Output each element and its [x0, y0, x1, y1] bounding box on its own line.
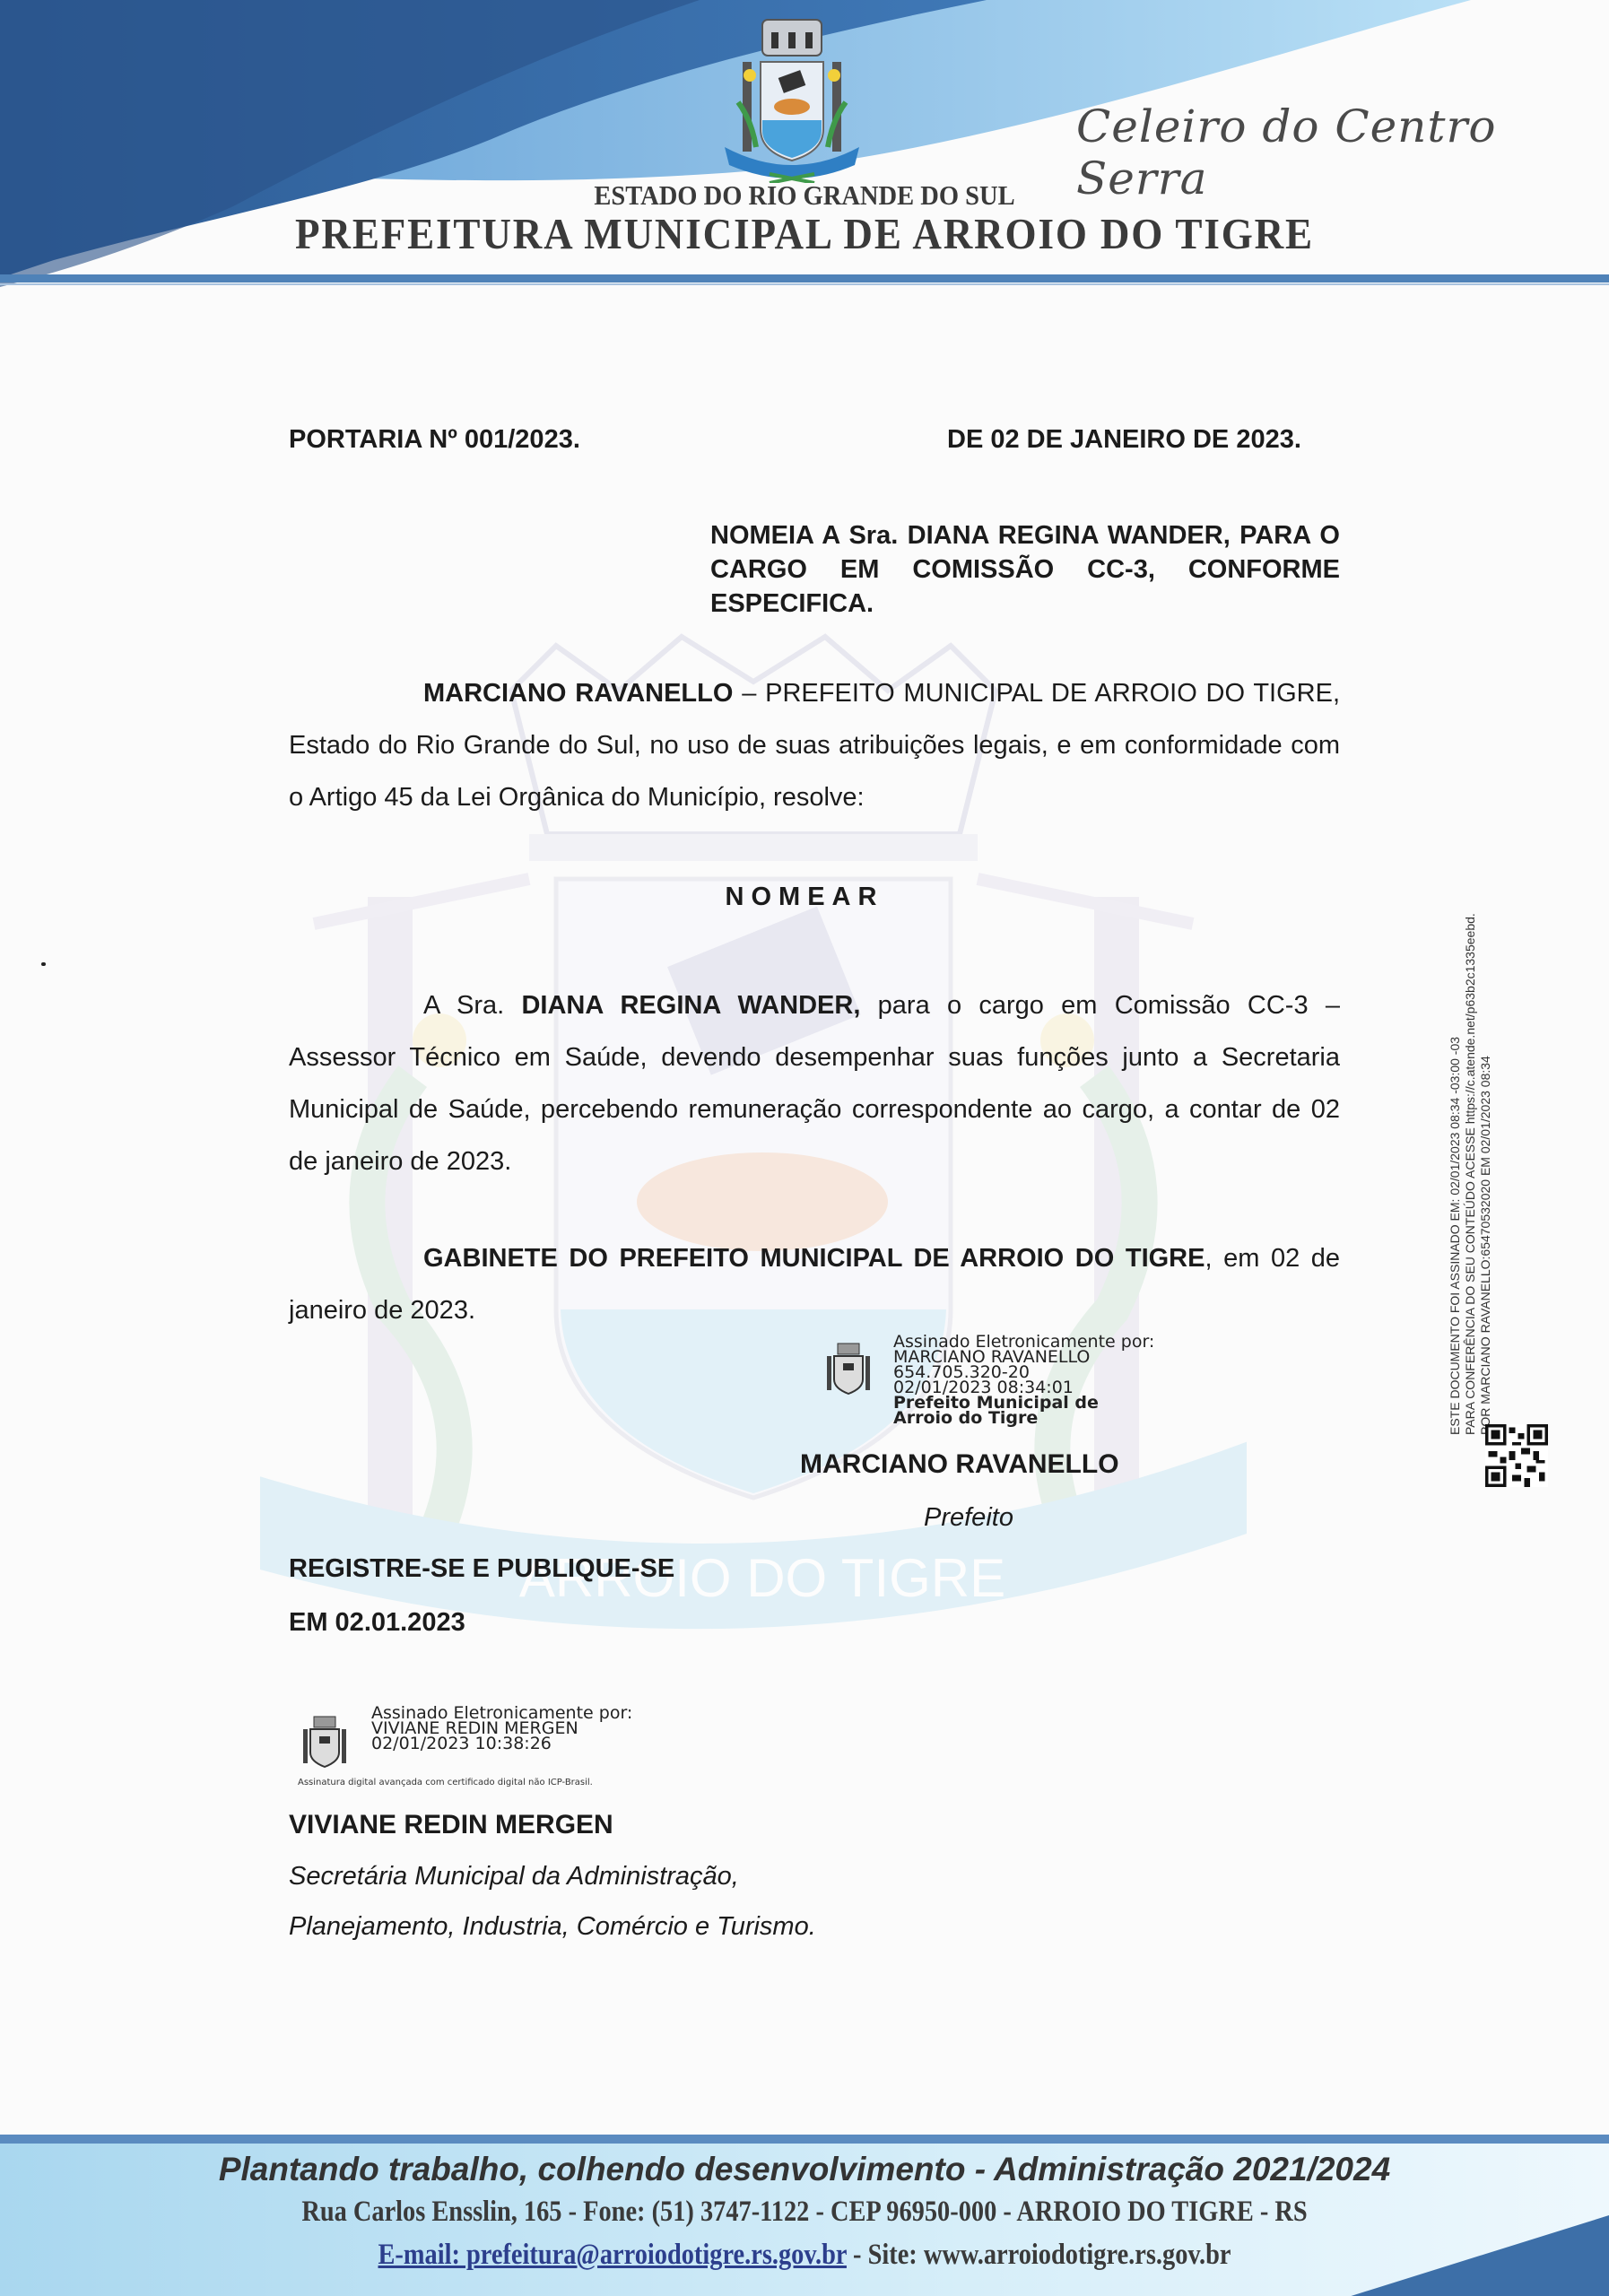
footer-address: Rua Carlos Ensslin, 165 - Fone: (51) 374… — [113, 2196, 1497, 2229]
esig-certificate-note: Assinatura digital avançada com certific… — [298, 1778, 665, 1788]
secretary-signature-name: VIVIANE REDIN MERGEN — [289, 1810, 613, 1840]
ementa-summary: NOMEIA A Sra. DIANA REGINA WANDER, PARA … — [710, 518, 1340, 621]
article-paragraph: A Sra. DIANA REGINA WANDER, para o cargo… — [289, 979, 1340, 1187]
footer-contact: E-mail: prefeitura@arroiodotigre.rs.gov.… — [113, 2239, 1497, 2272]
qr-code-icon[interactable] — [1485, 1424, 1548, 1487]
stamp-line-signer: POR MARCIANO RAVANELLO:65470532020 EM 02… — [1478, 735, 1493, 1435]
verification-stamp: ESTE DOCUMENTO FOI ASSINADO EM: 02/01/20… — [1448, 735, 1493, 1435]
secretary-role-line1: Secretária Municipal da Administração, — [289, 1862, 739, 1892]
esig-timestamp: 02/01/2023 10:38:26 — [371, 1736, 632, 1752]
preamble-paragraph: MARCIANO RAVANELLO – PREFEITO MUNICIPAL … — [289, 667, 1340, 823]
footer-divider — [0, 2135, 1609, 2144]
publication-date: EM 02.01.2023 — [289, 1607, 465, 1638]
stamp-line-verify-url[interactable]: PARA CONFERÊNCIA DO SEU CONTEÚDO ACESSE … — [1463, 735, 1478, 1435]
header-divider — [0, 274, 1609, 283]
portaria-number: PORTARIA Nº 001/2023. — [289, 413, 580, 465]
closing-paragraph: GABINETE DO PREFEITO MUNICIPAL DE ARROIO… — [289, 1232, 1340, 1336]
portaria-date: DE 02 DE JANEIRO DE 2023. — [947, 413, 1301, 465]
cabinet-name: GABINETE DO PREFEITO MUNICIPAL DE ARROIO… — [423, 1244, 1205, 1273]
action-heading: NOMEAR — [0, 883, 1609, 912]
esig-role-line2: Arroio do Tigre — [893, 1411, 1154, 1426]
administration-slogan: Plantando trabalho, colhendo desenvolvim… — [0, 2151, 1609, 2188]
mayor-signature-role: Prefeito — [924, 1503, 1013, 1533]
mayor-esignature-block: Assinado Eletronicamente por: MARCIANO R… — [893, 1335, 1154, 1426]
mayor-name-inline: MARCIANO RAVANELLO — [423, 679, 733, 708]
secretary-role-line2: Planejamento, Industria, Comércio e Turi… — [289, 1912, 816, 1942]
prefeitura-title: PREFEITURA MUNICIPAL DE ARROIO DO TIGRE — [65, 208, 1544, 259]
site-label[interactable]: - Site: www.arroiodotigre.rs.gov.br — [847, 2239, 1231, 2271]
scan-speck — [41, 962, 46, 966]
mayor-signature-name: MARCIANO RAVANELLO — [800, 1449, 1119, 1480]
header-divider-thin — [0, 283, 1609, 285]
municipal-coat-of-arms-icon — [716, 13, 868, 183]
publication-order: REGISTRE-SE E PUBLIQUE-SE — [289, 1553, 674, 1584]
state-name: ESTADO DO RIO GRANDE DO SUL — [65, 179, 1544, 212]
esignature-crest-icon — [823, 1342, 874, 1397]
appointee-name: DIANA REGINA WANDER, — [521, 991, 860, 1020]
esignature-crest-icon — [300, 1715, 350, 1770]
email-link[interactable]: E-mail: prefeitura@arroiodotigre.rs.gov.… — [378, 2239, 846, 2271]
stamp-line-signed: ESTE DOCUMENTO FOI ASSINADO EM: 02/01/20… — [1448, 735, 1463, 1435]
secretary-esignature-block: Assinado Eletronicamente por: VIVIANE RE… — [371, 1706, 632, 1752]
article-prefix: A Sra. — [423, 991, 521, 1020]
